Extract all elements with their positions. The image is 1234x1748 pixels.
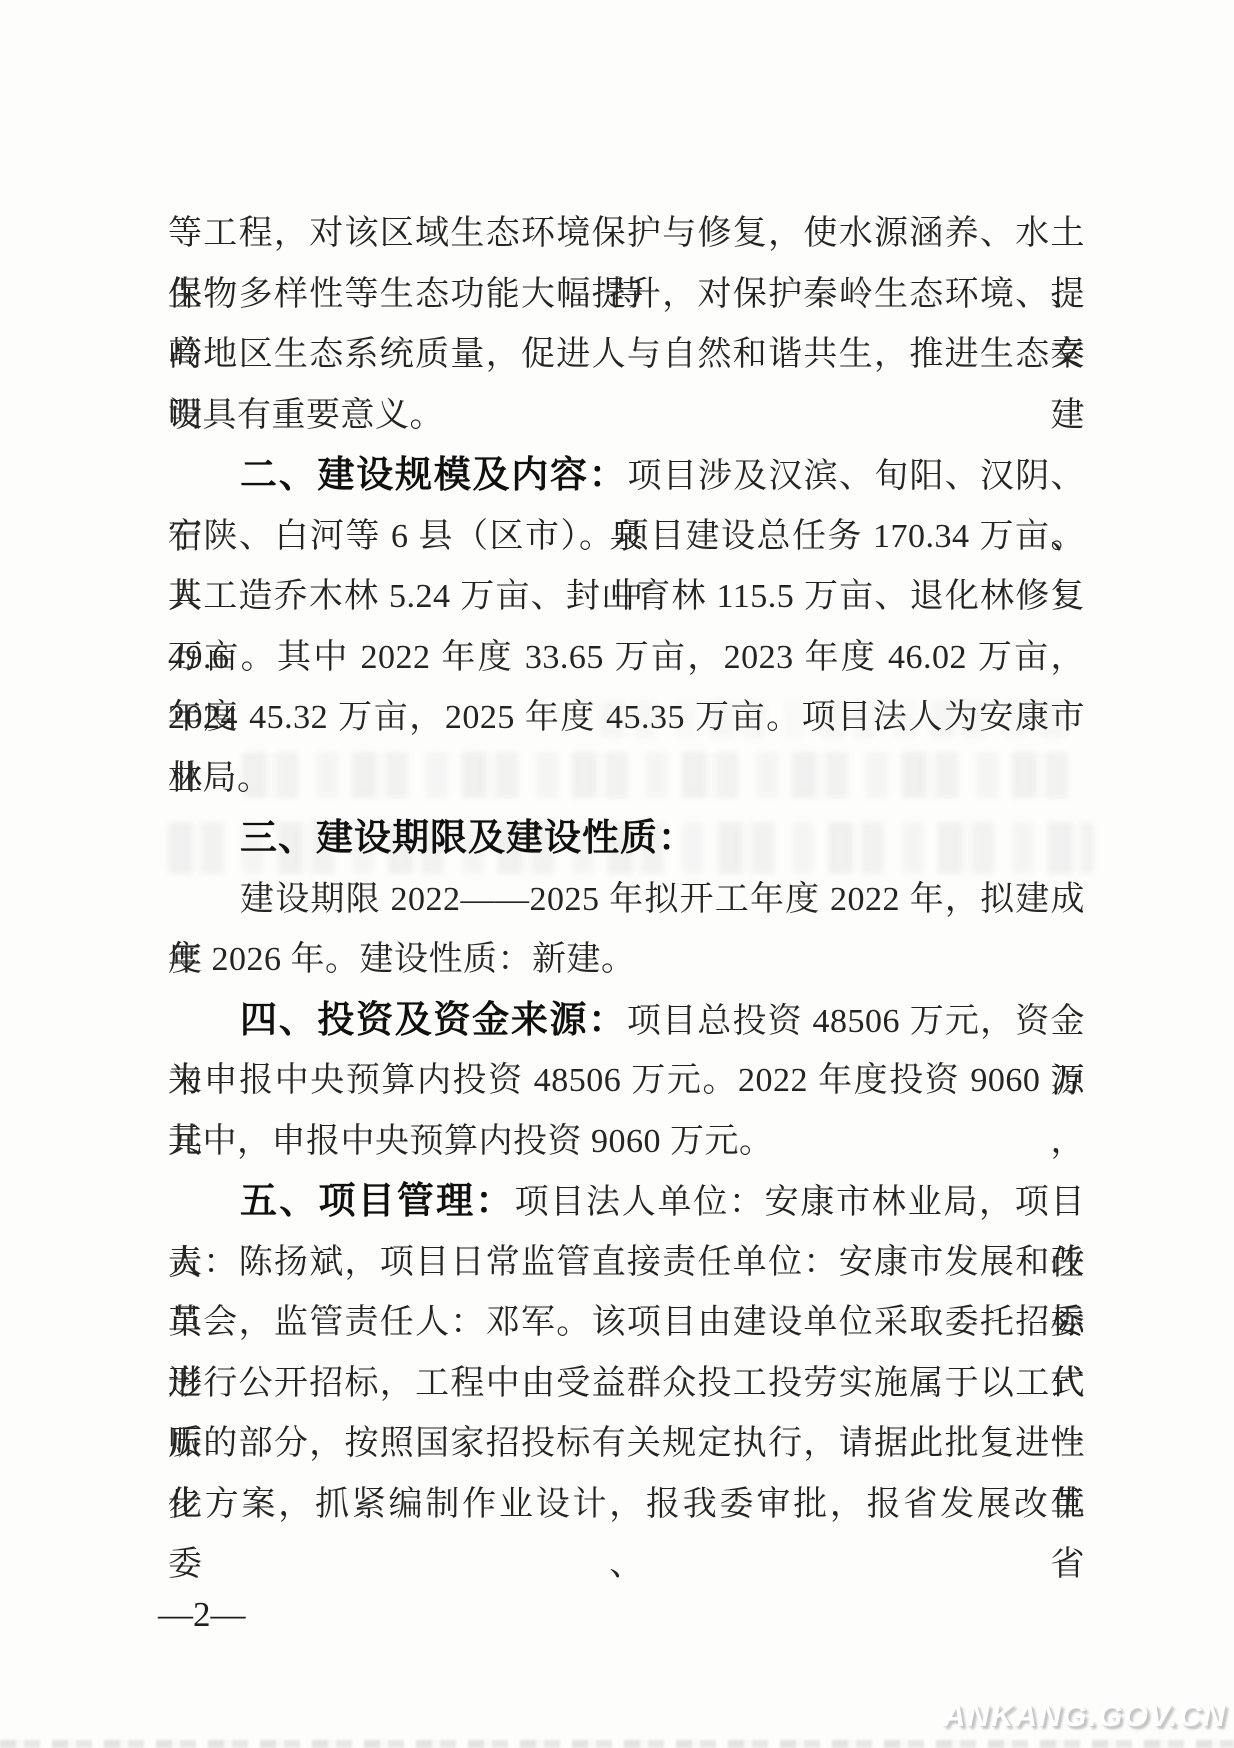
text-line: 生物多样性等生态功能大幅提升，对保护秦岭生态环境、提高秦 xyxy=(168,265,1085,326)
document-body: 等工程，对该区域生态环境保护与修复，使水源涵养、水土保持、生物多样性等生态功能大… xyxy=(168,204,1085,1535)
text-line: 为申报中央预算内投资 48506 万元。2022 年度投资 9060 万元， xyxy=(168,1051,1085,1112)
text-line: 人工造乔木林 5.24 万亩、封山育林 115.5 万亩、退化林修复 49.6 xyxy=(168,567,1085,628)
line-text: 度 2026 年。建设性质：新建。 xyxy=(168,941,636,978)
line-text: 其中，申报中央预算内投资 9060 万元。 xyxy=(168,1123,774,1160)
section-heading: 四、投资及资金来源： xyxy=(240,1000,627,1041)
page-number: —2— xyxy=(158,1595,246,1635)
text-line: 化方案，抓紧编制作业设计，报我委审批，报省发展改革委、省 xyxy=(168,1475,1085,1536)
section-heading: 三、建设期限及建设性质： xyxy=(240,818,696,859)
line-text: 设具有重要意义。 xyxy=(168,397,444,434)
text-line: 度 2026 年。建设性质：新建。 xyxy=(168,930,1085,991)
section-heading: 二、建设规模及内容： xyxy=(240,455,628,496)
text-line: 业局。 xyxy=(168,749,1085,810)
site-watermark: ANKANG.GOV.CN xyxy=(943,1698,1227,1734)
text-line: 建设期限 2022——2025 年拟开工年度 2022 年，拟建成年 xyxy=(168,870,1085,931)
text-line: 四、投资及资金来源：项目总投资 48506 万元，资金来源 xyxy=(168,991,1085,1052)
text-line: 五、项目管理：项目法人单位：安康市林业局，项目责任 xyxy=(168,1172,1085,1233)
line-text: 化方案，抓紧编制作业设计，报我委审批，报省发展改革委、省 xyxy=(168,1486,1085,1584)
section-heading: 五、项目管理： xyxy=(240,1181,515,1222)
text-line: 员会，监管责任人：邓军。该项目由建设单位采取委托招标形式 xyxy=(168,1293,1085,1354)
scanned-document-page: 等工程，对该区域生态环境保护与修复，使水源涵养、水土保持、生物多样性等生态功能大… xyxy=(0,0,1234,1748)
line-text: 业局。 xyxy=(168,760,272,797)
text-line: 质的部分，按照国家招投标有关规定执行，请据此批复进一步优 xyxy=(168,1414,1085,1475)
text-line: 二、建设规模及内容：项目涉及汉滨、旬阳、汉阴、石泉、 xyxy=(168,446,1085,507)
text-line: 年度 45.32 万亩，2025 年度 45.35 万亩。项目法人为安康市林 xyxy=(168,688,1085,749)
text-line: 人：陈扬斌，项目日常监管直接责任单位：安康市发展和改革委 xyxy=(168,1233,1085,1294)
text-line: 万亩。其中 2022 年度 33.65 万亩，2023 年度 46.02 万亩，… xyxy=(168,628,1085,689)
text-line: 宁陕、白河等 6 县（区市）。项目建设总任务 170.34 万亩。其中： xyxy=(168,507,1085,568)
scan-edge-artifact xyxy=(0,1740,1234,1748)
text-line: 三、建设期限及建设性质： xyxy=(168,809,1085,870)
text-line: 岭地区生态系统质量，促进人与自然和谐共生，推进生态文明建 xyxy=(168,325,1085,386)
text-line: 进行公开招标，工程中由受益群众投工投劳实施属于以工代赈性 xyxy=(168,1354,1085,1415)
text-line: 等工程，对该区域生态环境保护与修复，使水源涵养、水土保持、 xyxy=(168,204,1085,265)
